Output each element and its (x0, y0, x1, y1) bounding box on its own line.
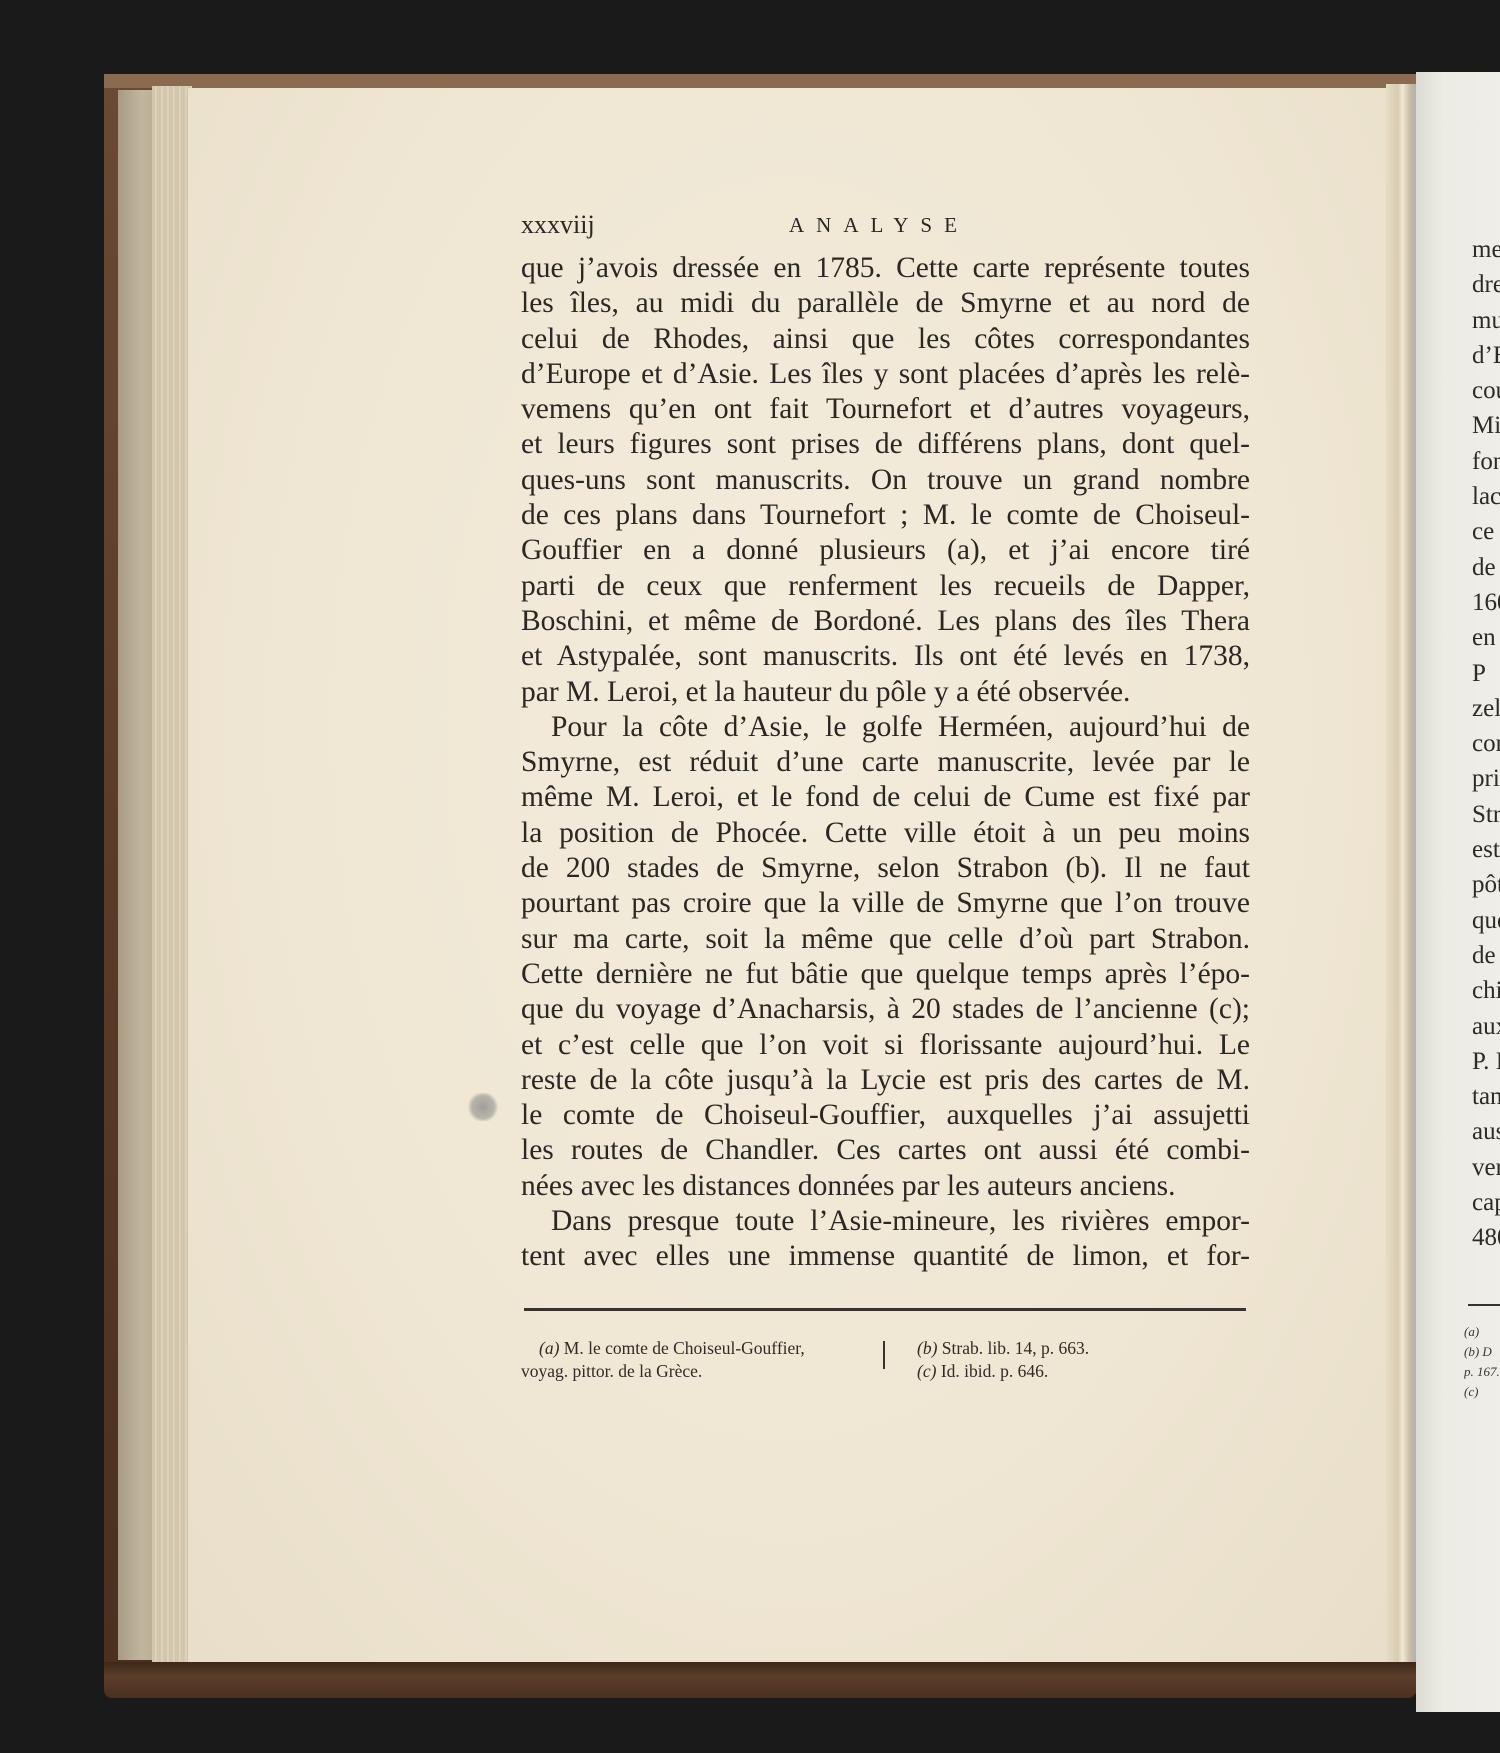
right-line: 160 (1472, 585, 1500, 620)
text-line: les routes de Chandler. Ces cartes ont a… (521, 1133, 1250, 1168)
text-line: Cette dernière ne fut bâtie que quelque … (521, 957, 1250, 992)
body-text: que j’avois dressée en 1785. Cette carte… (521, 251, 1250, 1275)
right-line: Mil (1472, 408, 1500, 443)
text-line: Boschini, et même de Bordoné. Les plans … (521, 604, 1250, 639)
right-line: lac (1472, 479, 1500, 514)
footnote-column-separator (883, 1341, 885, 1369)
text-line: la position de Phocée. Cette ville étoit… (521, 816, 1250, 851)
text-line: et leurs figures sont prises de différen… (521, 427, 1250, 462)
right-footnote: (b) D (1464, 1342, 1500, 1362)
ink-blot (468, 1093, 498, 1121)
text-line: que du voyage d’Anacharsis, à 20 stades … (521, 992, 1250, 1027)
footnote-marker-b: (b) (917, 1338, 937, 1358)
right-line: pris (1472, 761, 1500, 796)
right-line: cou (1472, 373, 1500, 408)
text-line: et Astypalée, sont manuscrits. Ils ont é… (521, 639, 1250, 674)
footnote-marker-c: (c) (917, 1361, 936, 1381)
text-line: de ces plans dans Tournefort ; M. le com… (521, 498, 1250, 533)
footnote-rule (524, 1308, 1246, 1311)
paragraph-start: Dans presque toute l’Asie-mineure, les r… (521, 1204, 1250, 1239)
right-line: Stra (1472, 797, 1500, 832)
footnote-rule-segment (1192, 1309, 1244, 1311)
text-line: pourtant pas croire que la ville de Smyr… (521, 886, 1250, 921)
footnote-a: (a) M. le comte de Choiseul-Gouffier, vo… (521, 1337, 887, 1383)
right-line: ce g (1472, 514, 1500, 549)
right-line: zell (1472, 691, 1500, 726)
text-line: reste de la côte jusqu’à la Lycie est pr… (521, 1063, 1250, 1098)
text-line: parti de ceux que renferment les recueil… (521, 569, 1250, 604)
right-line: aus (1472, 1114, 1500, 1149)
footnote-a-text-2: voyag. pittor. de la Grèce. (521, 1361, 702, 1381)
right-line: que (1472, 903, 1500, 938)
right-line: mu (1472, 303, 1500, 338)
right-page-footnotes: (a) (b) D p. 167. (c) (1464, 1322, 1500, 1402)
right-footnote-rule (1468, 1304, 1500, 1306)
right-line: P (1472, 656, 1500, 691)
right-line: de (1472, 938, 1500, 973)
right-line: aux (1472, 1009, 1500, 1044)
footnote-marker-a: (a) (539, 1338, 559, 1358)
text-line: Smyrne, est réduit d’une carte manuscrit… (521, 745, 1250, 780)
right-footnote: (c) (1464, 1382, 1500, 1402)
text-line: Gouffier en a donné plusieurs (a), et j’… (521, 533, 1250, 568)
gutter (1386, 84, 1416, 1674)
text-line: même M. Leroi, et le fond de celui de Cu… (521, 780, 1250, 815)
text-line: d’Europe et d’Asie. Les îles y sont plac… (521, 357, 1250, 392)
text-line: celui de Rhodes, ainsi que les côtes cor… (521, 322, 1250, 357)
right-line: en (1472, 620, 1500, 655)
right-line: est (1472, 832, 1500, 867)
text-line: les îles, au midi du parallèle de Smyrne… (521, 286, 1250, 321)
right-line: con (1472, 726, 1500, 761)
footnote-c-text: Id. ibid. p. 646. (941, 1361, 1048, 1381)
text-line: nées avec les distances données par les … (521, 1169, 1250, 1204)
page-edges (152, 86, 192, 1668)
right-line: tan (1472, 1079, 1500, 1114)
text-line: sur ma carte, soit la même que celle d’o… (521, 922, 1250, 957)
right-line: 480 (1472, 1220, 1500, 1255)
footnote-bc: (b) Strab. lib. 14, p. 663. (c) Id. ibid… (917, 1337, 1247, 1383)
running-head: xxxviij ANALYSE (521, 210, 1249, 240)
book-board-top (104, 74, 1424, 88)
page-number: xxxviij (521, 210, 595, 240)
right-line: cap (1472, 1185, 1500, 1220)
right-footnote: (a) (1464, 1322, 1500, 1342)
running-title: ANALYSE (789, 213, 969, 238)
text-line: le comte de Choiseul-Gouffier, auxquelle… (521, 1098, 1250, 1133)
right-line: chi (1472, 973, 1500, 1008)
text-line: de 200 stades de Smyrne, selon Strabon (… (521, 851, 1250, 886)
text-line: et c’est celle que l’on voit si florissa… (521, 1028, 1250, 1063)
right-page-text: men dre mu d’E cou Mil fon lac ce g de 1… (1472, 232, 1500, 1256)
text-line: par M. Leroi, et la hauteur du pôle y a … (521, 675, 1250, 710)
right-line: vers (1472, 1150, 1500, 1185)
right-line: men (1472, 232, 1500, 267)
text-line: ques-uns sont manuscrits. On trouve un g… (521, 463, 1250, 498)
right-line: P. I (1472, 1044, 1500, 1079)
right-line: fon (1472, 444, 1500, 479)
paragraph-start: Pour la côte d’Asie, le golfe Herméen, a… (521, 710, 1250, 745)
footnote-a-text-1: M. le comte de Choiseul-Gouffier, (564, 1338, 805, 1358)
right-line: dre (1472, 267, 1500, 302)
book-board-bottom (104, 1662, 1416, 1698)
footnote-b-text: Strab. lib. 14, p. 663. (942, 1338, 1089, 1358)
text-line: vemens qu’en ont fait Tournefort et d’au… (521, 392, 1250, 427)
right-line: pôt (1472, 867, 1500, 902)
right-footnote: p. 167. (1464, 1362, 1500, 1382)
right-line: de (1472, 550, 1500, 585)
text-line: que j’avois dressée en 1785. Cette carte… (521, 251, 1250, 286)
text-line: tent avec elles une immense quantité de … (521, 1239, 1250, 1274)
right-line: d’E (1472, 338, 1500, 373)
